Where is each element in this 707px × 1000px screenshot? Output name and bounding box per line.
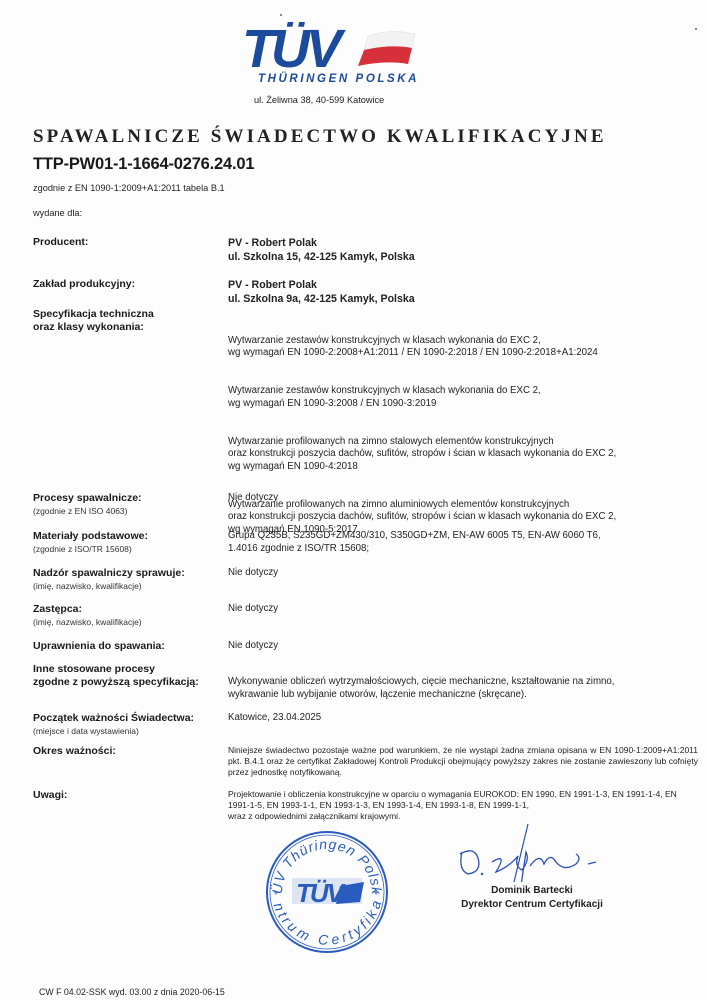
field-label: Inne stosowane procesy zgodne z powyższą… xyxy=(33,663,225,689)
field-value: Projektowanie i obliczenia konstrukcyjne… xyxy=(228,789,698,822)
field-value: Grupa Q235B, S235GD+ZM430/310, S350GD+ZM… xyxy=(228,530,698,555)
field-label: Nadzór spawalniczy sprawuje: (imię, nazw… xyxy=(33,567,225,592)
svg-text:*: * xyxy=(374,890,378,901)
field-label: Procesy spawalnicze: (zgodnie z EN ISO 4… xyxy=(33,492,225,517)
signatory: Dominik Bartecki Dyrektor Centrum Certyf… xyxy=(432,884,632,912)
field-value: Nie dotyczy xyxy=(228,603,698,616)
label-text: Materiały podstawowe: xyxy=(33,530,148,542)
field-label: Zakład produkcyjny: xyxy=(33,278,225,291)
field-label: Okres ważności: xyxy=(33,745,225,758)
field-value: Niniejsze świadectwo pozostaje ważne pod… xyxy=(228,745,698,778)
label-line: Specyfikacja techniczna xyxy=(33,308,225,321)
field-label: Początek ważności Świadectwa: (miejsce i… xyxy=(33,712,225,737)
field-value: PV - Robert Polak ul. Szkolna 15, 42-125… xyxy=(228,236,698,264)
signature-icon xyxy=(448,822,618,882)
signatory-name: Dominik Bartecki xyxy=(432,884,632,898)
issuer-address: ul. Żeliwna 38, 40-599 Katowice xyxy=(254,95,384,105)
field-value: PV - Robert Polak ul. Szkolna 9a, 42-125… xyxy=(228,278,698,306)
certificate-page: TÜV THÜRINGEN POLSKA ul. Żeliwna 38, 40-… xyxy=(0,0,707,1000)
field-value: Nie dotyczy xyxy=(228,567,698,580)
label-subtext: (imię, nazwisko, kwalifikacje) xyxy=(33,580,225,592)
plant-address: ul. Szkolna 9a, 42-125 Kamyk, Polska xyxy=(228,292,698,306)
standard-reference: zgodnie z EN 1090-1:2009+A1:2011 tabela … xyxy=(33,183,225,193)
field-label: Materiały podstawowe: (zgodnie z ISO/TR … xyxy=(33,530,225,555)
tuv-logo: TÜV THÜRINGEN POLSKA xyxy=(240,22,440,92)
plant-name: PV - Robert Polak xyxy=(228,278,698,292)
issued-for-label: wydane dla: xyxy=(33,208,82,218)
label-text: Zastępca: xyxy=(33,603,82,615)
document-title: SPAWALNICZE ŚWIADECTWO KWALIFIKACYJNE xyxy=(33,126,607,148)
signatory-title: Dyrektor Centrum Certyfikacji xyxy=(432,898,632,912)
field-value: Nie dotyczy xyxy=(228,640,698,653)
label-subtext: (miejsce i data wystawienia) xyxy=(33,725,225,737)
field-label: Zastępca: (imię, nazwisko, kwalifikacje) xyxy=(33,603,225,628)
label-line: oraz klasy wykonania: xyxy=(33,321,225,334)
spec-paragraph: Wytwarzanie profilowanych na zimno stalo… xyxy=(228,436,698,474)
specification-paragraphs: Wytwarzanie zestawów konstrukcyjnych w k… xyxy=(228,322,698,549)
field-label: Uprawnienia do spawania: xyxy=(33,640,225,653)
scan-speck xyxy=(280,14,282,16)
logo-subtitle: THÜRINGEN POLSKA xyxy=(258,73,419,85)
producer-name: PV - Robert Polak xyxy=(228,236,698,250)
producer-address: ul. Szkolna 15, 42-125 Kamyk, Polska xyxy=(228,250,698,264)
label-line: zgodne z powyższą specyfikacją: xyxy=(33,676,225,689)
tuv-logo-icon: TÜV xyxy=(240,22,440,74)
label-text: Nadzór spawalniczy sprawuje: xyxy=(33,567,185,579)
certification-stamp-icon: TÜV Thüringen Polska Centrum Certyfikacj… xyxy=(262,826,392,956)
label-subtext: (zgodnie z EN ISO 4063) xyxy=(33,505,225,517)
scan-speck xyxy=(695,28,697,30)
spec-paragraph: Wytwarzanie zestawów konstrukcyjnych w k… xyxy=(228,335,698,360)
spec-paragraph: Wytwarzanie zestawów konstrukcyjnych w k… xyxy=(228,385,698,410)
label-text: Procesy spawalnicze: xyxy=(33,492,142,504)
field-value: Wykonywanie obliczeń wytrzymałościowych,… xyxy=(228,676,698,701)
field-value: Nie dotyczy xyxy=(228,492,698,505)
label-subtext: (zgodnie z ISO/TR 15608) xyxy=(33,543,225,555)
label-subtext: (imię, nazwisko, kwalifikacje) xyxy=(33,616,225,628)
field-label: Uwagi: xyxy=(33,789,225,802)
svg-text:*: * xyxy=(274,890,278,901)
field-label: Specyfikacja techniczna oraz klasy wykon… xyxy=(33,308,225,334)
label-text: Początek ważności Świadectwa: xyxy=(33,712,194,724)
field-label: Producent: xyxy=(33,236,225,249)
svg-text:TÜV: TÜV xyxy=(242,22,346,74)
form-code: CW F 04.02-SSK wyd. 03.00 z dnia 2020-06… xyxy=(39,987,225,997)
label-line: Inne stosowane procesy xyxy=(33,663,225,676)
field-value: Katowice, 23.04.2025 xyxy=(228,712,698,725)
certificate-number: TTP-PW01-1-1664-0276.24.01 xyxy=(33,155,254,174)
